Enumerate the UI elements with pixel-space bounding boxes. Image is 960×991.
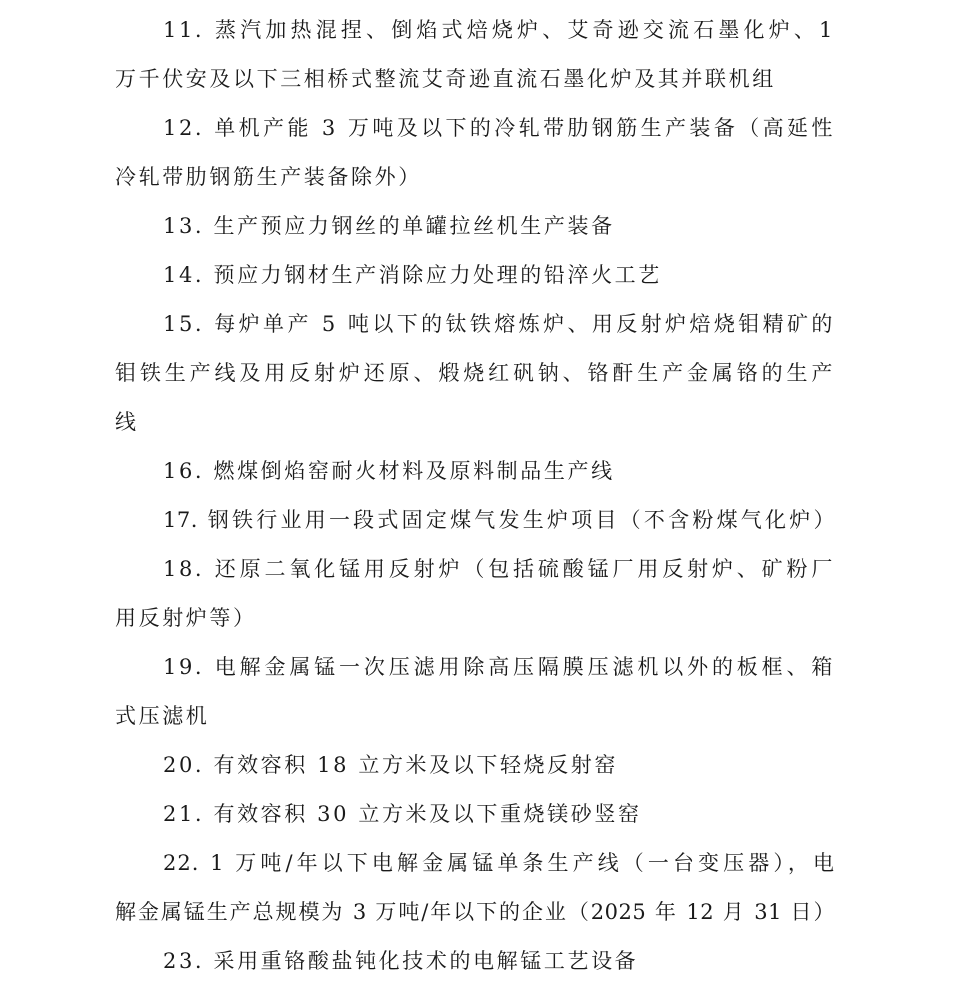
item-21-line-1: 21. 有效容积 30 立方米及以下重烧镁砂竖窑: [163, 794, 835, 834]
item-13-line-1: 13. 生产预应力钢丝的单罐拉丝机生产装备: [163, 206, 835, 246]
item-18-line-1: 18. 还原二氧化锰用反射炉（包括硫酸锰厂用反射炉、矿粉厂: [163, 549, 835, 589]
item-19-line-1: 19. 电解金属锰一次压滤用除高压隔膜压滤机以外的板框、箱: [163, 647, 835, 687]
item-23-line-1: 23. 采用重铬酸盐钝化技术的电解锰工艺设备: [163, 941, 835, 981]
item-11-line-2: 万千伏安及以下三相桥式整流艾奇逊直流石墨化炉及其并联机组: [115, 59, 835, 99]
item-15-line-1: 15. 每炉单产 5 吨以下的钛铁熔炼炉、用反射炉焙烧钼精矿的: [163, 304, 835, 344]
item-17-line-1: 17. 钢铁行业用一段式固定煤气发生炉项目（不含粉煤气化炉）: [163, 500, 835, 540]
item-22-line-2: 解金属锰生产总规模为 3 万吨/年以下的企业（2025 年 12 月 31 日）: [115, 892, 835, 932]
item-11-line-1: 11. 蒸汽加热混捏、倒焰式焙烧炉、艾奇逊交流石墨化炉、1: [163, 10, 835, 50]
item-16-line-1: 16. 燃煤倒焰窑耐火材料及原料制品生产线: [163, 451, 835, 491]
item-15-line-2: 钼铁生产线及用反射炉还原、煅烧红矾钠、铬酐生产金属铬的生产: [115, 353, 835, 393]
item-19-line-2: 式压滤机: [115, 696, 835, 736]
item-20-line-1: 20. 有效容积 18 立方米及以下轻烧反射窑: [163, 745, 835, 785]
document-page: 11. 蒸汽加热混捏、倒焰式焙烧炉、艾奇逊交流石墨化炉、1 万千伏安及以下三相桥…: [0, 0, 960, 991]
item-12-line-2: 冷轧带肋钢筋生产装备除外）: [115, 157, 835, 197]
item-15-line-3: 线: [115, 402, 835, 442]
item-14-line-1: 14. 预应力钢材生产消除应力处理的铅淬火工艺: [163, 255, 835, 295]
item-12-line-1: 12. 单机产能 3 万吨及以下的冷轧带肋钢筋生产装备（高延性: [163, 108, 835, 148]
item-18-line-2: 用反射炉等）: [115, 598, 835, 638]
item-22-line-1: 22. 1 万吨/年以下电解金属锰单条生产线（一台变压器），电: [163, 843, 835, 883]
